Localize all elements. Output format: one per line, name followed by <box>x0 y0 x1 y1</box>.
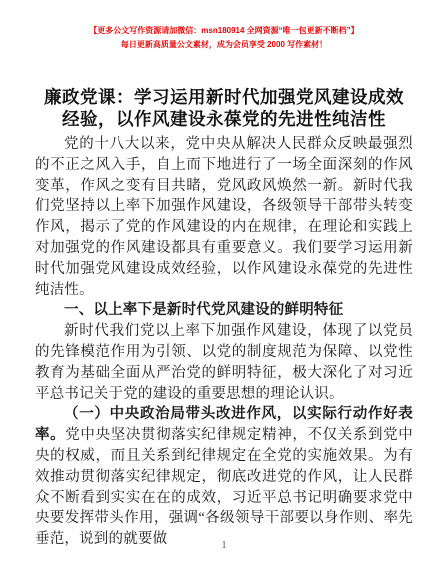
paragraph-intro: 党的十八大以来，党中央从解决人民群众反映最强烈的不正之风入手，自上而下地进行了一… <box>35 134 413 300</box>
title-line-1: 廉政党课：学习运用新时代加强党风建设成效 <box>28 86 420 108</box>
document-title: 廉政党课：学习运用新时代加强党风建设成效 经验，以作风建设永葆党的先进性纯洁性 <box>28 86 420 130</box>
header-notice: 【更多公文写作资源请加微信：msn180914 全网资源“唯一包更新不断档”】 … <box>0 24 448 52</box>
page-number: 1 <box>0 540 448 551</box>
section-heading-1: 一、以上率下是新时代党风建设的鲜明特征 <box>35 300 413 321</box>
paragraph-section-1: 新时代我们党以上率下加强作风建设，体现了以党员的先锋模范作用为引领、以党的制度规… <box>35 321 413 404</box>
notice-line-2: 每日更新高质量公文素材，成为会员享受 2000 写作素材！ <box>0 38 448 52</box>
document-body: 党的十八大以来，党中央从解决人民群众反映最强烈的不正之风入手，自上而下地进行了一… <box>35 134 413 550</box>
subsection-text: 党中央坚决贯彻落实纪律规定精神，不仅关系到党中央的权威，而且关系到纪律规定在全党… <box>35 427 413 547</box>
document-page: 【更多公文写作资源请加微信：msn180914 全网资源“唯一包更新不断档”】 … <box>0 0 448 580</box>
title-line-2: 经验，以作风建设永葆党的先进性纯洁性 <box>28 108 420 130</box>
notice-line-1: 【更多公文写作资源请加微信：msn180914 全网资源“唯一包更新不断档”】 <box>0 24 448 38</box>
paragraph-subsection-1: （一）中央政治局带头改进作风，以实际行动作好表率。党中央坚决贯彻落实纪律规定精神… <box>35 404 413 550</box>
